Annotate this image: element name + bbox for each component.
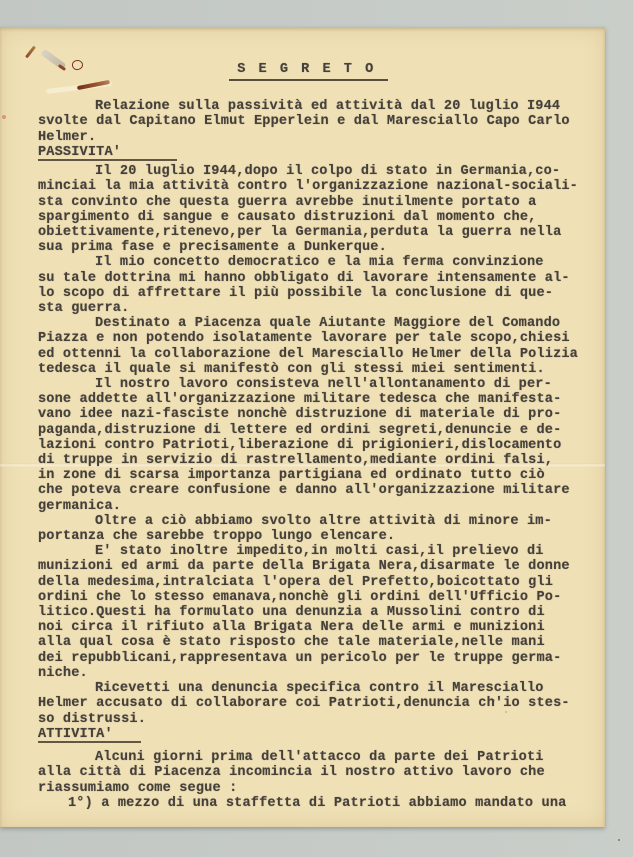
paragraph-passivita-4: Il nostro lavoro consisteva nell'allonta… — [38, 377, 579, 514]
document-page: S E G R E T O Relazione sulla passività … — [0, 27, 605, 827]
paragraph-passivita-7: Ricevetti una denuncia specifica contro … — [38, 681, 579, 727]
paragraph-passivita-6: E' stato inoltre impedito,in molti casi,… — [38, 544, 579, 681]
section-heading-passivita: PASSIVITA' — [38, 146, 177, 161]
list-item-1: 1°) a mezzo di una staffetta di Patrioti… — [38, 796, 579, 811]
report-subject: Relazione sulla passività ed attività da… — [38, 99, 579, 145]
paragraph-passivita-1: Il 20 luglio I944,dopo il colpo di stato… — [38, 164, 579, 255]
paragraph-passivita-5: Oltre a ciò abbiamo svolto altre attivit… — [38, 514, 579, 544]
classification-title: S E G R E T O — [229, 63, 388, 81]
paragraph-attivita-1: Alcuni giorni prima dell'attacco da part… — [38, 750, 579, 796]
section-heading-attivita: ATTIVITA' — [38, 728, 141, 743]
section-heading-passivita-row: PASSIVITA' — [38, 145, 579, 160]
classification-title-row: S E G R E T O — [38, 62, 579, 77]
typewritten-text: S E G R E T O Relazione sulla passività … — [0, 27, 605, 811]
paragraph-passivita-3: Destinato a Piacenza quale Aiutante Magg… — [38, 316, 579, 377]
paragraph-passivita-2: Il mio concetto democratico e la mia fer… — [38, 255, 579, 316]
scanner-bed-speck — [618, 839, 620, 841]
section-heading-attivita-row: ATTIVITA' — [38, 727, 579, 742]
